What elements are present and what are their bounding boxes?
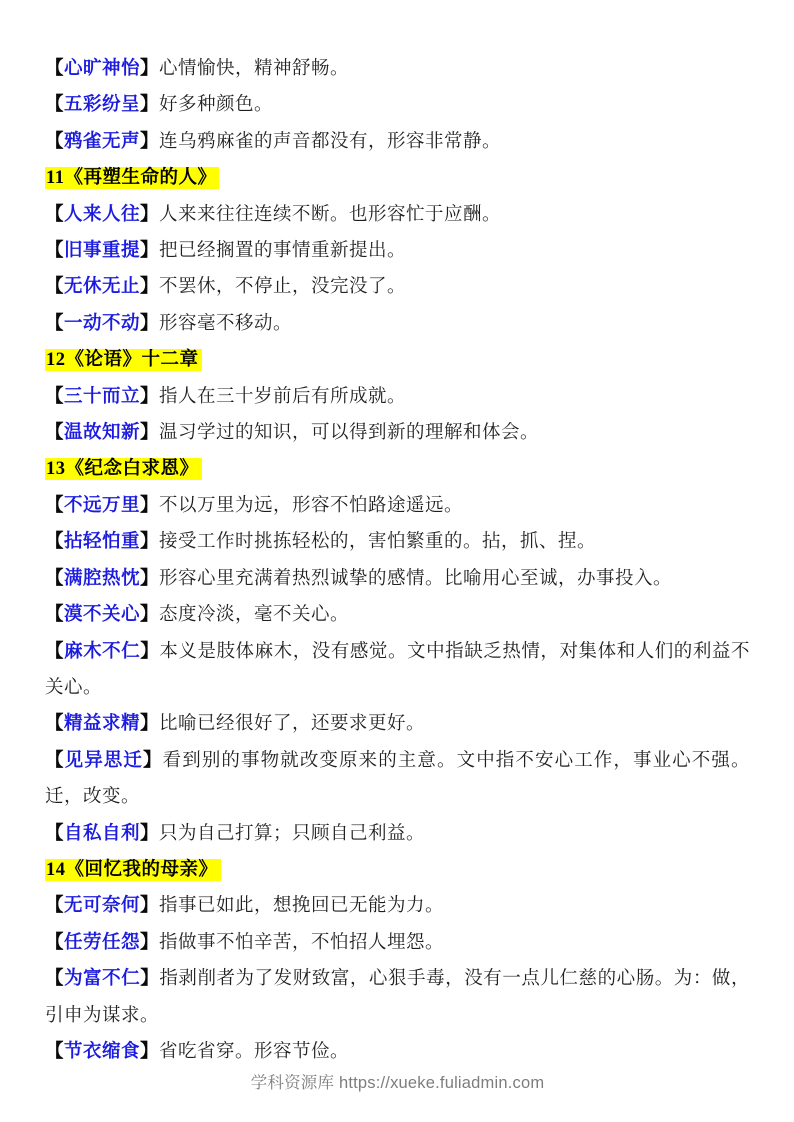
idiom-entry: 【不远万里】不以万里为远，形容不怕路途遥远。 xyxy=(45,488,750,524)
bracket-open: 【 xyxy=(45,423,64,443)
idiom-definition: 只为自己打算；只顾自己利益。 xyxy=(159,824,425,844)
idiom-entry: 【麻木不仁】本义是肢体麻木，没有感觉。文中指缺乏热情，对集体和人们的利益不关心。 xyxy=(45,634,750,707)
idiom-entry: 【节衣缩食】省吃省穿。形容节俭。 xyxy=(45,1034,750,1070)
idiom-definition: 指事已如此，想挽回已无能为力。 xyxy=(159,896,444,916)
bracket-close: 】 xyxy=(140,205,159,225)
idiom-definition: 不以万里为远，形容不怕路途遥远。 xyxy=(159,496,463,516)
idiom-definition: 接受工作时挑拣轻松的，害怕繁重的。拈，抓、捏。 xyxy=(159,532,596,552)
bracket-open: 【 xyxy=(45,896,64,916)
bracket-close: 】 xyxy=(140,277,159,297)
bracket-close: 】 xyxy=(140,605,159,625)
bracket-close: 】 xyxy=(140,387,159,407)
bracket-close: 】 xyxy=(140,642,159,662)
idiom-definition: 连乌鸦麻雀的声音都没有，形容非常静。 xyxy=(159,132,501,152)
bracket-close: 】 xyxy=(140,314,159,334)
idiom-term: 无休无止 xyxy=(64,277,140,297)
bracket-open: 【 xyxy=(45,241,64,261)
bracket-open: 【 xyxy=(45,314,64,334)
bracket-close: 】 xyxy=(140,714,159,734)
section-header: 13《纪念白求恩》 xyxy=(45,451,750,487)
bracket-open: 【 xyxy=(45,642,64,662)
bracket-close: 】 xyxy=(140,896,159,916)
idiom-term: 见异思迁 xyxy=(65,751,143,771)
idiom-entry: 【拈轻怕重】接受工作时挑拣轻松的，害怕繁重的。拈，抓、捏。 xyxy=(45,524,750,560)
bracket-open: 【 xyxy=(45,59,64,79)
bracket-open: 【 xyxy=(45,751,65,771)
bracket-open: 【 xyxy=(45,714,64,734)
idiom-definition: 把已经搁置的事情重新提出。 xyxy=(159,241,406,261)
idiom-definition: 态度冷淡，毫不关心。 xyxy=(159,605,349,625)
idiom-definition: 不罢休，不停止，没完没了。 xyxy=(159,277,406,297)
idiom-entry: 【漠不关心】态度冷淡，毫不关心。 xyxy=(45,597,750,633)
bracket-open: 【 xyxy=(45,824,64,844)
idiom-entry: 【见异思迁】看到别的事物就改变原来的主意。文中指不安心工作，事业心不强。迁，改变… xyxy=(45,743,750,816)
idiom-term: 一动不动 xyxy=(64,314,140,334)
bracket-close: 】 xyxy=(140,824,159,844)
section-header-label: 12《论语》十二章 xyxy=(45,349,202,371)
idiom-term: 为富不仁 xyxy=(64,969,140,989)
idiom-definition: 形容心里充满着热烈诚挚的感情。比喻用心至诚，办事投入。 xyxy=(159,569,672,589)
idiom-entry: 【为富不仁】指剥削者为了发财致富，心狠手毒，没有一点儿仁慈的心肠。为：做，引申为… xyxy=(45,961,750,1034)
idiom-term: 鸦雀无声 xyxy=(64,132,140,152)
idiom-term: 不远万里 xyxy=(64,496,140,516)
section-header-label: 11《再塑生命的人》 xyxy=(45,167,219,189)
bracket-close: 】 xyxy=(140,1042,159,1062)
section-header: 14《回忆我的母亲》 xyxy=(45,852,750,888)
bracket-close: 】 xyxy=(140,969,159,989)
idiom-entry: 【无休无止】不罢休，不停止，没完没了。 xyxy=(45,269,750,305)
bracket-close: 】 xyxy=(140,132,159,152)
bracket-close: 】 xyxy=(140,933,159,953)
section-header-label: 14《回忆我的母亲》 xyxy=(45,859,221,881)
bracket-open: 【 xyxy=(45,205,64,225)
idiom-term: 自私自利 xyxy=(64,824,140,844)
idiom-definition: 指人在三十岁前后有所成就。 xyxy=(159,387,406,407)
document-page: 【心旷神怡】心情愉快，精神舒畅。【五彩纷呈】好多种颜色。【鸦雀无声】连乌鸦麻雀的… xyxy=(0,0,794,1122)
bracket-close: 】 xyxy=(140,95,159,115)
bracket-close: 】 xyxy=(140,241,159,261)
idiom-entry: 【三十而立】指人在三十岁前后有所成就。 xyxy=(45,379,750,415)
idiom-entry: 【鸦雀无声】连乌鸦麻雀的声音都没有，形容非常静。 xyxy=(45,124,750,160)
section-header: 11《再塑生命的人》 xyxy=(45,160,750,196)
bracket-open: 【 xyxy=(45,569,64,589)
idiom-entry: 【自私自利】只为自己打算；只顾自己利益。 xyxy=(45,816,750,852)
bracket-close: 】 xyxy=(140,423,159,443)
idiom-term: 漠不关心 xyxy=(64,605,140,625)
bracket-open: 【 xyxy=(45,277,64,297)
idiom-definition: 温习学过的知识，可以得到新的理解和体会。 xyxy=(159,423,539,443)
idiom-term: 温故知新 xyxy=(64,423,140,443)
idiom-entry: 【满腔热忱】形容心里充满着热烈诚挚的感情。比喻用心至诚，办事投入。 xyxy=(45,561,750,597)
idiom-definition: 人来来往往连续不断。也形容忙于应酬。 xyxy=(159,205,501,225)
idiom-definition: 心情愉快，精神舒畅。 xyxy=(159,59,349,79)
bracket-close: 】 xyxy=(140,569,159,589)
footer-watermark: 学科资源库 https://xueke.fuliadmin.com xyxy=(45,1072,750,1094)
idiom-entry: 【心旷神怡】心情愉快，精神舒畅。 xyxy=(45,51,750,87)
bracket-open: 【 xyxy=(45,496,64,516)
bracket-open: 【 xyxy=(45,933,64,953)
idiom-term: 人来人往 xyxy=(64,205,140,225)
idiom-entry: 【温故知新】温习学过的知识，可以得到新的理解和体会。 xyxy=(45,415,750,451)
idiom-term: 三十而立 xyxy=(64,387,140,407)
idiom-term: 任劳任怨 xyxy=(64,933,140,953)
idiom-definition: 指做事不怕辛苦，不怕招人埋怨。 xyxy=(159,933,444,953)
bracket-open: 【 xyxy=(45,969,64,989)
idiom-list: 【心旷神怡】心情愉快，精神舒畅。【五彩纷呈】好多种颜色。【鸦雀无声】连乌鸦麻雀的… xyxy=(45,51,750,1070)
idiom-term: 五彩纷呈 xyxy=(64,95,140,115)
idiom-definition: 省吃省穿。形容节俭。 xyxy=(159,1042,349,1062)
bracket-open: 【 xyxy=(45,132,64,152)
idiom-definition: 比喻已经很好了，还要求更好。 xyxy=(159,714,425,734)
idiom-entry: 【旧事重提】把已经搁置的事情重新提出。 xyxy=(45,233,750,269)
idiom-entry: 【人来人往】人来来往往连续不断。也形容忙于应酬。 xyxy=(45,197,750,233)
idiom-entry: 【精益求精】比喻已经很好了，还要求更好。 xyxy=(45,706,750,742)
section-header-label: 13《纪念白求恩》 xyxy=(45,458,202,480)
idiom-term: 心旷神怡 xyxy=(64,59,140,79)
idiom-term: 精益求精 xyxy=(64,714,140,734)
idiom-term: 无可奈何 xyxy=(64,896,140,916)
idiom-entry: 【任劳任怨】指做事不怕辛苦，不怕招人埋怨。 xyxy=(45,925,750,961)
bracket-close: 】 xyxy=(140,496,159,516)
bracket-open: 【 xyxy=(45,532,64,552)
idiom-term: 麻木不仁 xyxy=(64,642,140,662)
idiom-term: 拈轻怕重 xyxy=(64,532,140,552)
bracket-open: 【 xyxy=(45,1042,64,1062)
bracket-open: 【 xyxy=(45,387,64,407)
idiom-term: 满腔热忱 xyxy=(64,569,140,589)
idiom-entry: 【一动不动】形容毫不移动。 xyxy=(45,306,750,342)
bracket-close: 】 xyxy=(140,59,159,79)
idiom-term: 旧事重提 xyxy=(64,241,140,261)
bracket-close: 】 xyxy=(140,532,159,552)
idiom-entry: 【无可奈何】指事已如此，想挽回已无能为力。 xyxy=(45,888,750,924)
idiom-entry: 【五彩纷呈】好多种颜色。 xyxy=(45,87,750,123)
bracket-close: 】 xyxy=(143,751,163,771)
section-header: 12《论语》十二章 xyxy=(45,342,750,378)
idiom-definition: 形容毫不移动。 xyxy=(159,314,292,334)
idiom-definition: 好多种颜色。 xyxy=(159,95,273,115)
idiom-term: 节衣缩食 xyxy=(64,1042,140,1062)
bracket-open: 【 xyxy=(45,605,64,625)
bracket-open: 【 xyxy=(45,95,64,115)
